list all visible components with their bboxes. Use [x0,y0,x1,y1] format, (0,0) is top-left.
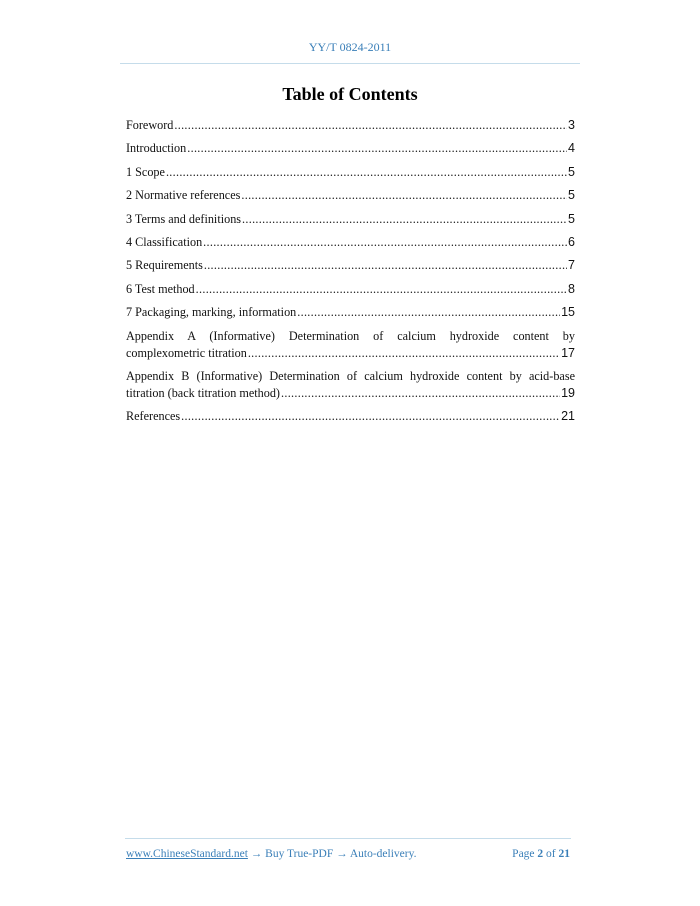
toc-entry[interactable]: Appendix B (Informative) Determination o… [126,368,575,402]
toc-entry-label: Introduction [126,140,186,157]
header-divider [120,63,580,64]
toc-entry[interactable]: 1 Scope5 [126,164,575,181]
toc-entry-page-number: 4 [568,140,575,157]
toc-entry-label: 1 Scope [126,164,165,181]
toc-entry-page-number: 6 [568,234,575,251]
toc-entry-page-number: 7 [568,257,575,274]
toc-entry-page-number: 5 [568,187,575,204]
toc-entry[interactable]: References21 [126,408,575,425]
toc-entry-label: titration (back titration method) [126,385,280,402]
dot-leader [187,140,567,157]
dot-leader [297,304,560,321]
toc-entry[interactable]: 6 Test method8 [126,281,575,298]
toc-entry-label: 7 Packaging, marking, information [126,304,296,321]
table-of-contents: Foreword3Introduction41 Scope52 Normativ… [126,117,575,432]
toc-entry-label: Foreword [126,117,173,134]
toc-entry[interactable]: Foreword3 [126,117,575,134]
toc-entry-page-number: 8 [568,281,575,298]
toc-entry[interactable]: Introduction4 [126,140,575,157]
current-page: 2 [537,848,543,860]
toc-entry[interactable]: 3 Terms and definitions5 [126,211,575,228]
dot-leader [281,385,560,402]
dot-leader [241,187,567,204]
promo-text: → Buy True-PDF → Auto-delivery. [248,848,417,860]
toc-entry-page-number: 15 [561,304,575,321]
dot-leader [203,234,567,251]
toc-entry-page-number: 21 [561,408,575,425]
toc-entry-label: 3 Terms and definitions [126,211,241,228]
toc-entry-page-number: 17 [561,345,575,362]
toc-entry-page-number: 19 [561,385,575,402]
dot-leader [181,408,560,425]
toc-entry-label: 5 Requirements [126,257,203,274]
toc-entry[interactable]: 5 Requirements7 [126,257,575,274]
toc-entry-page-number: 5 [568,211,575,228]
toc-entry-page-number: 3 [568,117,575,134]
toc-entry[interactable]: 7 Packaging, marking, information15 [126,304,575,321]
website-link[interactable]: www.ChineseStandard.net [126,848,248,860]
footer-divider [125,838,571,839]
toc-entry-page-number: 5 [568,164,575,181]
dot-leader [174,117,567,134]
page-indicator: Page 2 of 21 [512,848,570,860]
footer-promo: www.ChineseStandard.net → Buy True-PDF →… [126,848,416,860]
page-title: Table of Contents [0,84,700,105]
page-footer: www.ChineseStandard.net → Buy True-PDF →… [126,848,570,860]
dot-leader [248,345,560,362]
document-code-header: YY/T 0824-2011 [0,40,700,55]
toc-entry-label: complexometric titration [126,345,247,362]
toc-entry-label: References [126,408,180,425]
total-pages: 21 [559,848,571,860]
toc-entry-label-line1: Appendix A (Informative) Determination o… [126,328,575,345]
toc-entry[interactable]: 2 Normative references5 [126,187,575,204]
dot-leader [204,257,567,274]
toc-entry[interactable]: 4 Classification6 [126,234,575,251]
dot-leader [196,281,567,298]
toc-entry-label: 4 Classification [126,234,202,251]
toc-entry-label-line1: Appendix B (Informative) Determination o… [126,368,575,385]
toc-entry-label: 2 Normative references [126,187,240,204]
toc-entry-label: 6 Test method [126,281,195,298]
dot-leader [242,211,567,228]
toc-entry[interactable]: Appendix A (Informative) Determination o… [126,328,575,362]
dot-leader [166,164,567,181]
